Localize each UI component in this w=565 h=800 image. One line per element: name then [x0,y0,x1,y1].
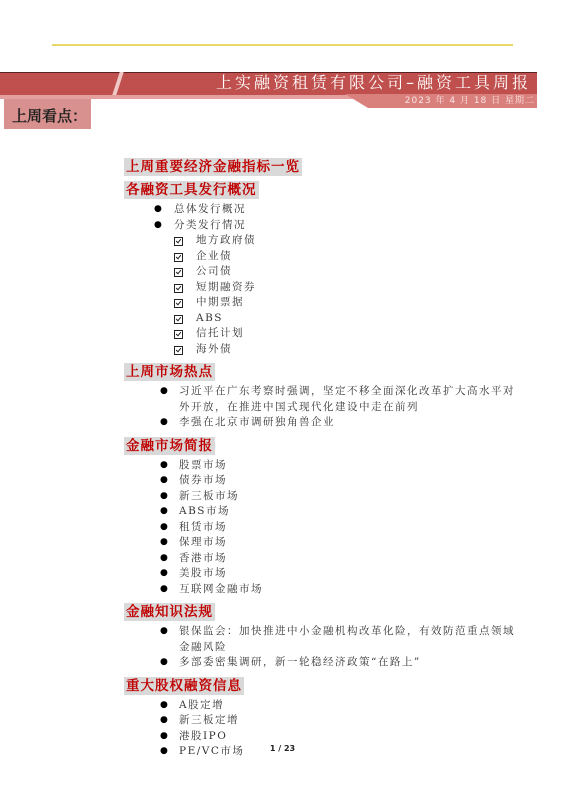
list-item[interactable]: 习近平在广东考察时强调，坚定不移全面深化改革扩大高水平对外开放，在推进中国式现代… [124,384,524,415]
section-market-brief: 金融市场简报 股票市场 债券市场 新三板市场 ABS市场 租赁市场 保理市场 香… [124,435,524,598]
toc-content: 上周重要经济金融指标一览 各融资工具发行概况 总体发行概况 分类发行情况 地方政… [124,156,524,760]
section-heading[interactable]: 金融市场简报 [124,437,215,455]
report-date: 2023 年 4 月 18 日 星期二 [405,94,535,108]
checkbox-item[interactable]: 公司债 [124,264,524,280]
section-hotspots: 上周市场热点 习近平在广东考察时强调，坚定不移全面深化改革扩大高水平对外开放，在… [124,361,524,431]
section-heading[interactable]: 重大股权融资信息 [124,677,244,695]
list-item[interactable]: 保理市场 [124,535,524,551]
list-item[interactable]: 港股IPO [124,729,524,745]
list-item[interactable]: ABS市场 [124,504,524,520]
checkbox-item[interactable]: 地方政府债 [124,233,524,249]
list-item[interactable]: 新三板定增 [124,713,524,729]
section-tag: 上周看点： [4,99,91,129]
list-item[interactable]: 债券市场 [124,473,524,489]
list-item[interactable]: 股票市场 [124,458,524,474]
section-indicators: 上周重要经济金融指标一览 [124,156,524,179]
checkbox-icon [174,299,183,308]
list-item[interactable]: A股定增 [124,698,524,714]
section-tag-label: 上周看点： [12,105,87,126]
checkbox-icon [174,237,183,246]
list-item[interactable]: 互联网金融市场 [124,582,524,598]
header-rule [52,44,513,46]
checkbox-item[interactable]: ABS [124,311,524,327]
section-heading[interactable]: 金融知识法规 [124,603,215,621]
section-heading[interactable]: 上周重要经济金融指标一览 [124,158,302,176]
list-item[interactable]: 李强在北京市调研独角兽企业 [124,415,524,431]
checkbox-icon [174,253,183,262]
list-item[interactable]: 总体发行概况 [124,202,524,218]
checkbox-item[interactable]: 海外债 [124,342,524,358]
list-item[interactable]: 银保监会：加快推进中小金融机构改革化险，有效防范重点领域金融风险 [124,624,524,655]
checkbox-icon [174,315,183,324]
section-issuance: 各融资工具发行概况 总体发行概况 分类发行情况 地方政府债 企业债 公司债 短期… [124,179,524,357]
section-heading[interactable]: 各融资工具发行概况 [124,181,259,199]
list-item[interactable]: 分类发行情况 [124,218,524,234]
list-item[interactable]: 美股市场 [124,566,524,582]
checkbox-item[interactable]: 企业债 [124,249,524,265]
checkbox-item[interactable]: 中期票据 [124,295,524,311]
page-indicator: 1 / 23 [0,744,565,753]
checkbox-icon [174,284,183,293]
list-item[interactable]: 新三板市场 [124,489,524,505]
checkbox-item[interactable]: 信托计划 [124,326,524,342]
checkbox-icon [174,346,183,355]
list-item[interactable]: 多部委密集调研，新一轮稳经济政策“在路上” [124,655,524,671]
section-regulations: 金融知识法规 银保监会：加快推进中小金融机构改革化险，有效防范重点领域金融风险 … [124,601,524,671]
list-item[interactable]: 租赁市场 [124,520,524,536]
section-heading[interactable]: 上周市场热点 [124,363,215,381]
report-title: 上实融资租赁有限公司–融资工具周报 [216,72,531,94]
list-item[interactable]: 香港市场 [124,551,524,567]
checkbox-icon [174,268,183,277]
checkbox-item[interactable]: 短期融资券 [124,280,524,296]
checkbox-icon [174,330,183,339]
